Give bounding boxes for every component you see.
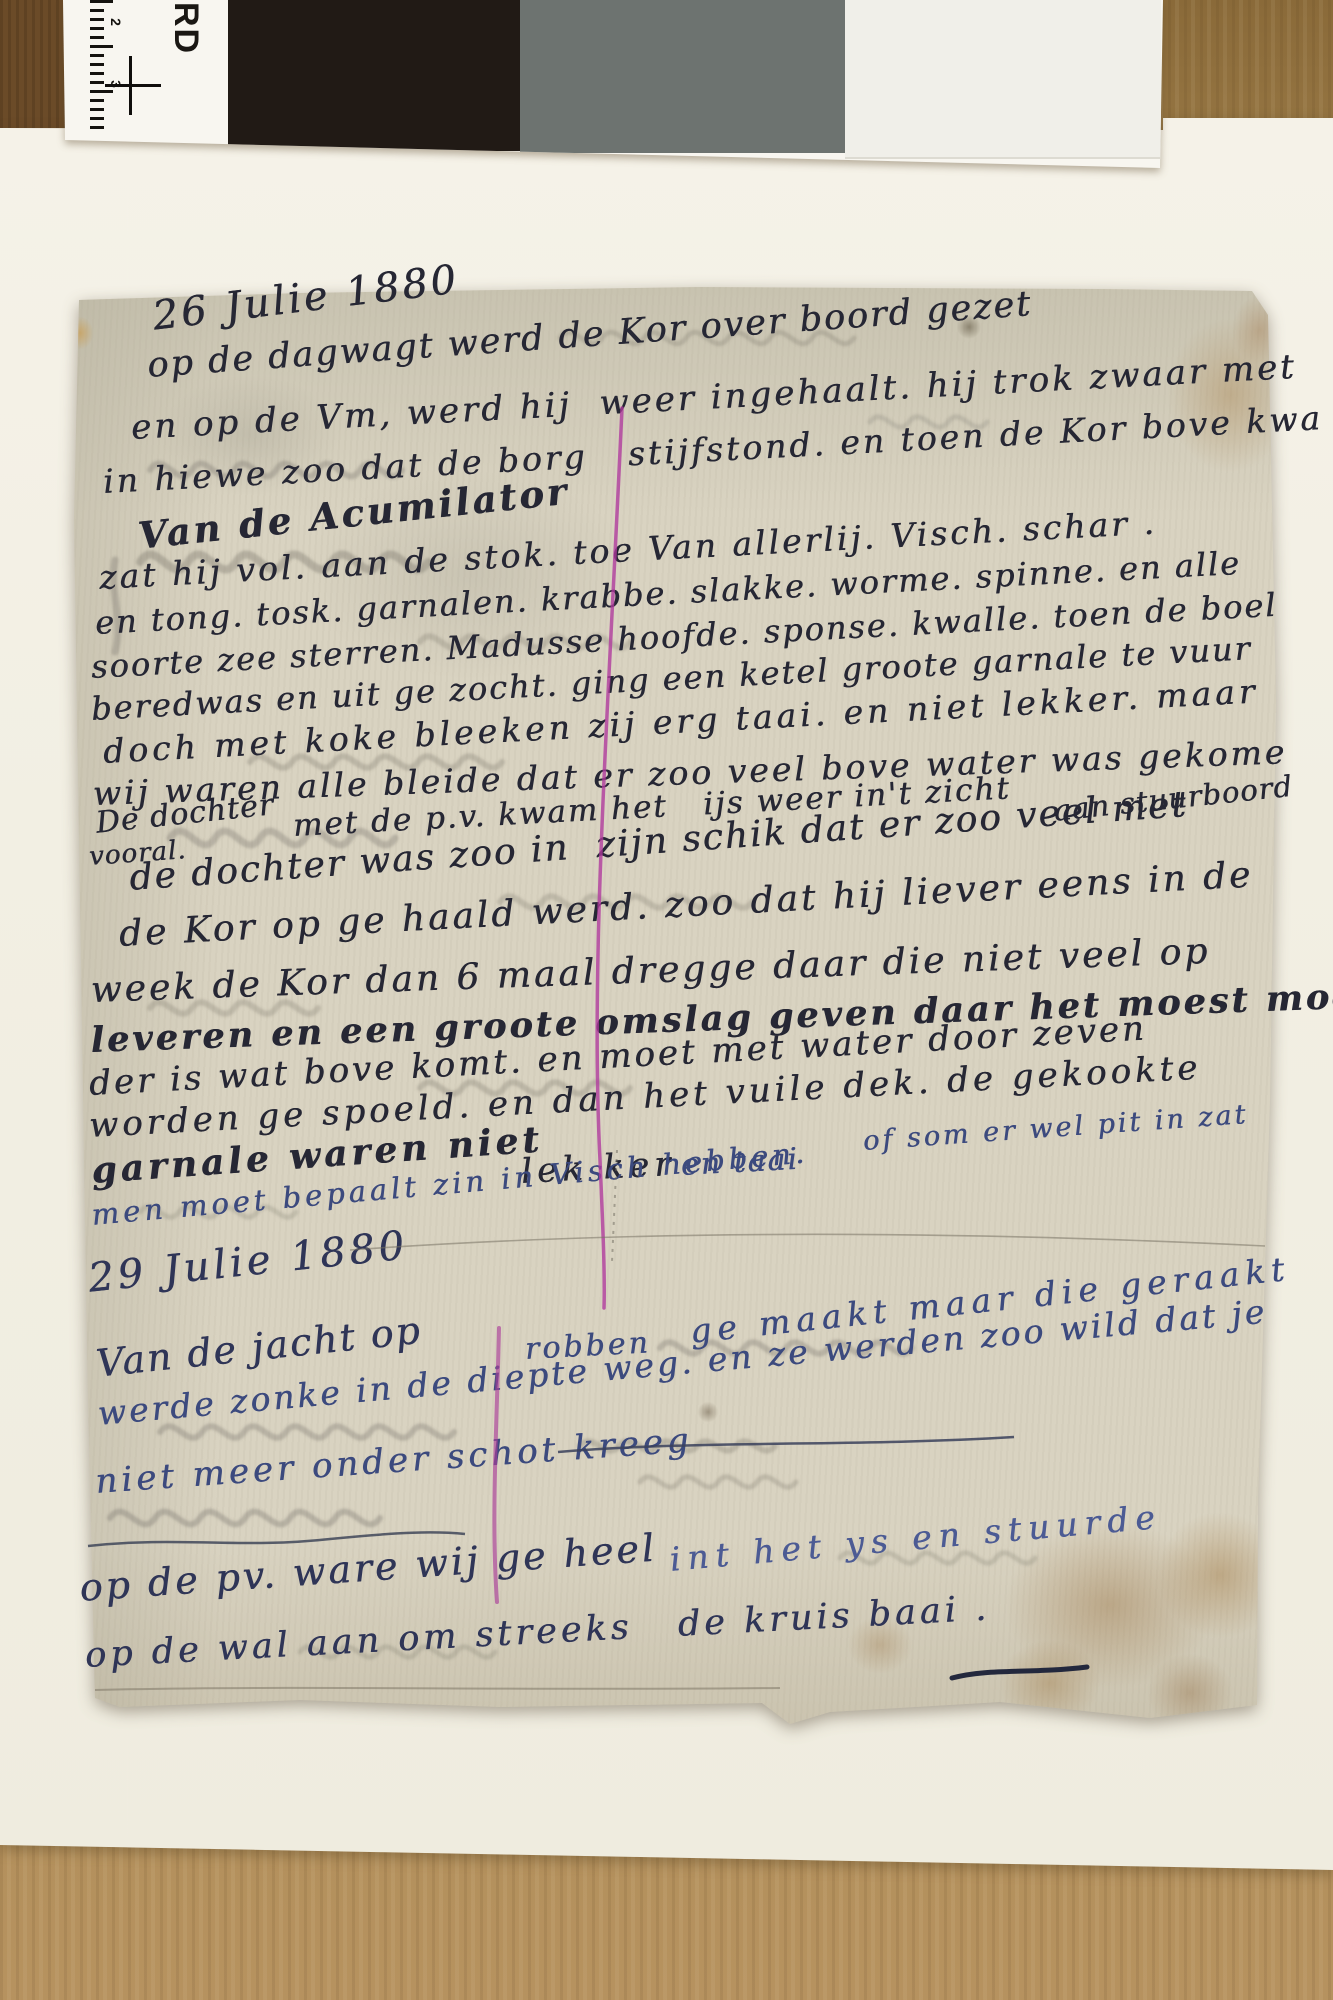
- handwritten-line: 29 Julie 1880: [86, 1222, 410, 1301]
- handwritten-line: niet meer onder schot kreeg: [94, 1420, 694, 1502]
- photo-scene: 2 3 RD: [0, 0, 1333, 2000]
- handwritten-line: int het ys en stuurde: [668, 1497, 1163, 1579]
- handwritten-line: op de wal aan om streeks de kruis baai .: [84, 1589, 991, 1676]
- handwritten-line: op de pv. ware wij ge heel: [78, 1526, 658, 1610]
- handwritten-line: of som er wel pit in zat: [862, 1099, 1249, 1157]
- text-layer: 26 Julie 1880op de dagwagt werd de Kor o…: [0, 0, 1333, 2000]
